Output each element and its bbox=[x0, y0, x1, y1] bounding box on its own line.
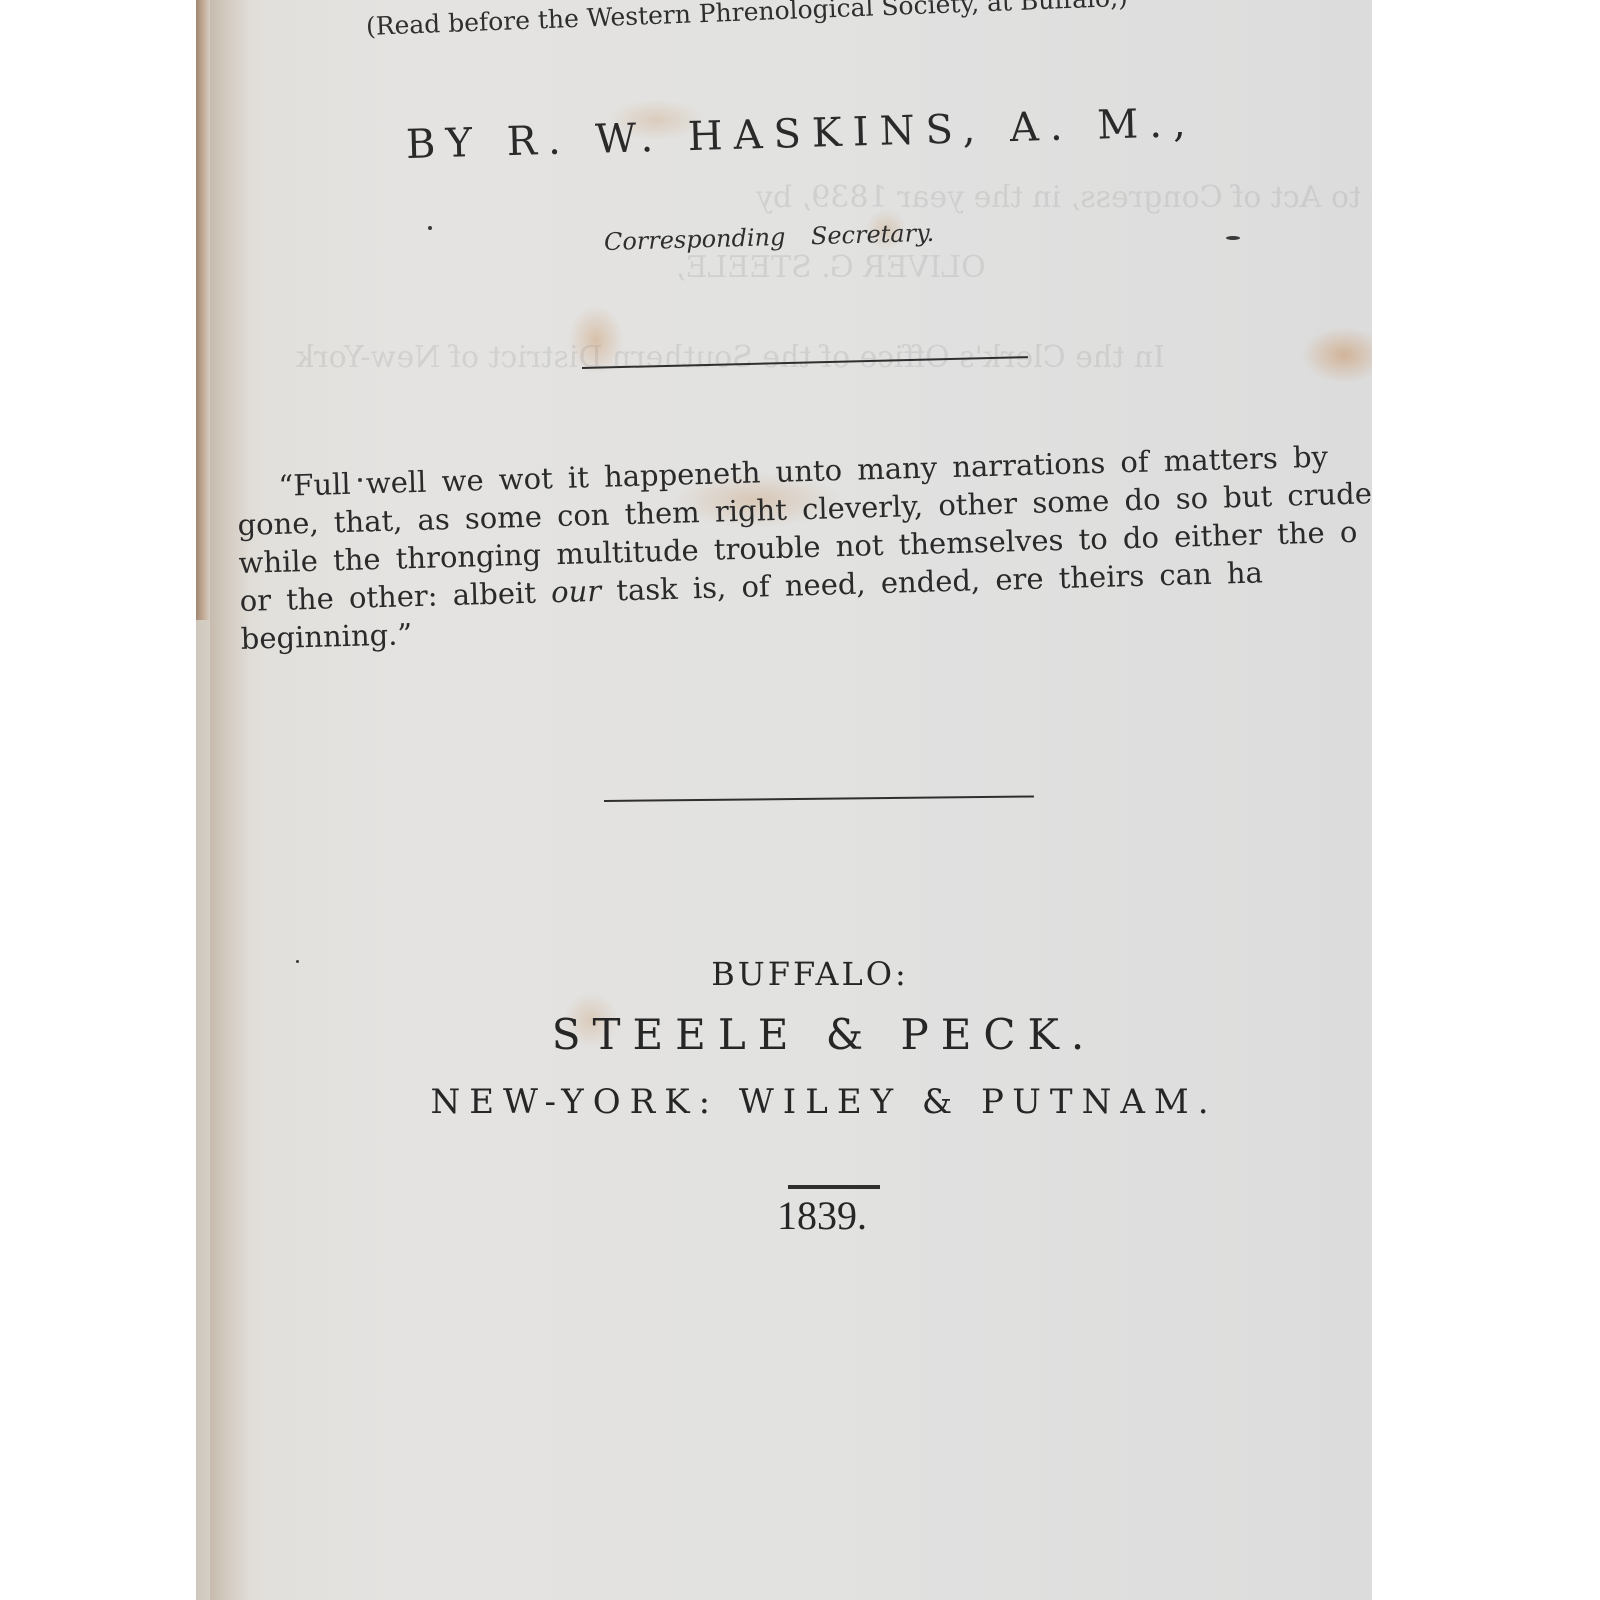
imprint-city: BUFFALO: bbox=[222, 955, 1372, 993]
author-line: BY R. W. HASKINS, A. M., bbox=[405, 100, 1197, 168]
photo-frame: Entered according to Act of Congress, in… bbox=[0, 0, 1600, 1600]
show-through-text: Entered according to Act of Congress, in… bbox=[756, 180, 1372, 215]
ink-speck bbox=[358, 478, 362, 482]
epigraph: “Full well we wot it happeneth unto many… bbox=[236, 434, 1372, 657]
divider-rule bbox=[604, 795, 1034, 802]
show-through-text: In the Clerk's Office of the Southern Di… bbox=[296, 340, 1165, 375]
subtitle: (Read before the Western Phrenological S… bbox=[365, 0, 1128, 41]
ink-smudge bbox=[1226, 236, 1240, 240]
binding-edge bbox=[196, 0, 210, 620]
short-divider-rule bbox=[788, 1185, 880, 1189]
gutter-shadow bbox=[210, 0, 250, 1600]
imprint-second-publisher: NEW-YORK: WILEY & PUTNAM. bbox=[236, 1082, 1372, 1122]
epigraph-text: or the other: albeit bbox=[239, 575, 551, 618]
imprint-year: 1839. bbox=[234, 1192, 1372, 1239]
epigraph-emphasis: our bbox=[551, 574, 602, 609]
ink-speck bbox=[428, 226, 432, 230]
book-page: Entered according to Act of Congress, in… bbox=[196, 0, 1372, 1600]
show-through-text: OLIVER G. STEELE, bbox=[676, 250, 986, 285]
imprint-publisher: STEELE & PECK. bbox=[236, 1010, 1372, 1059]
ink-speck bbox=[296, 960, 299, 963]
